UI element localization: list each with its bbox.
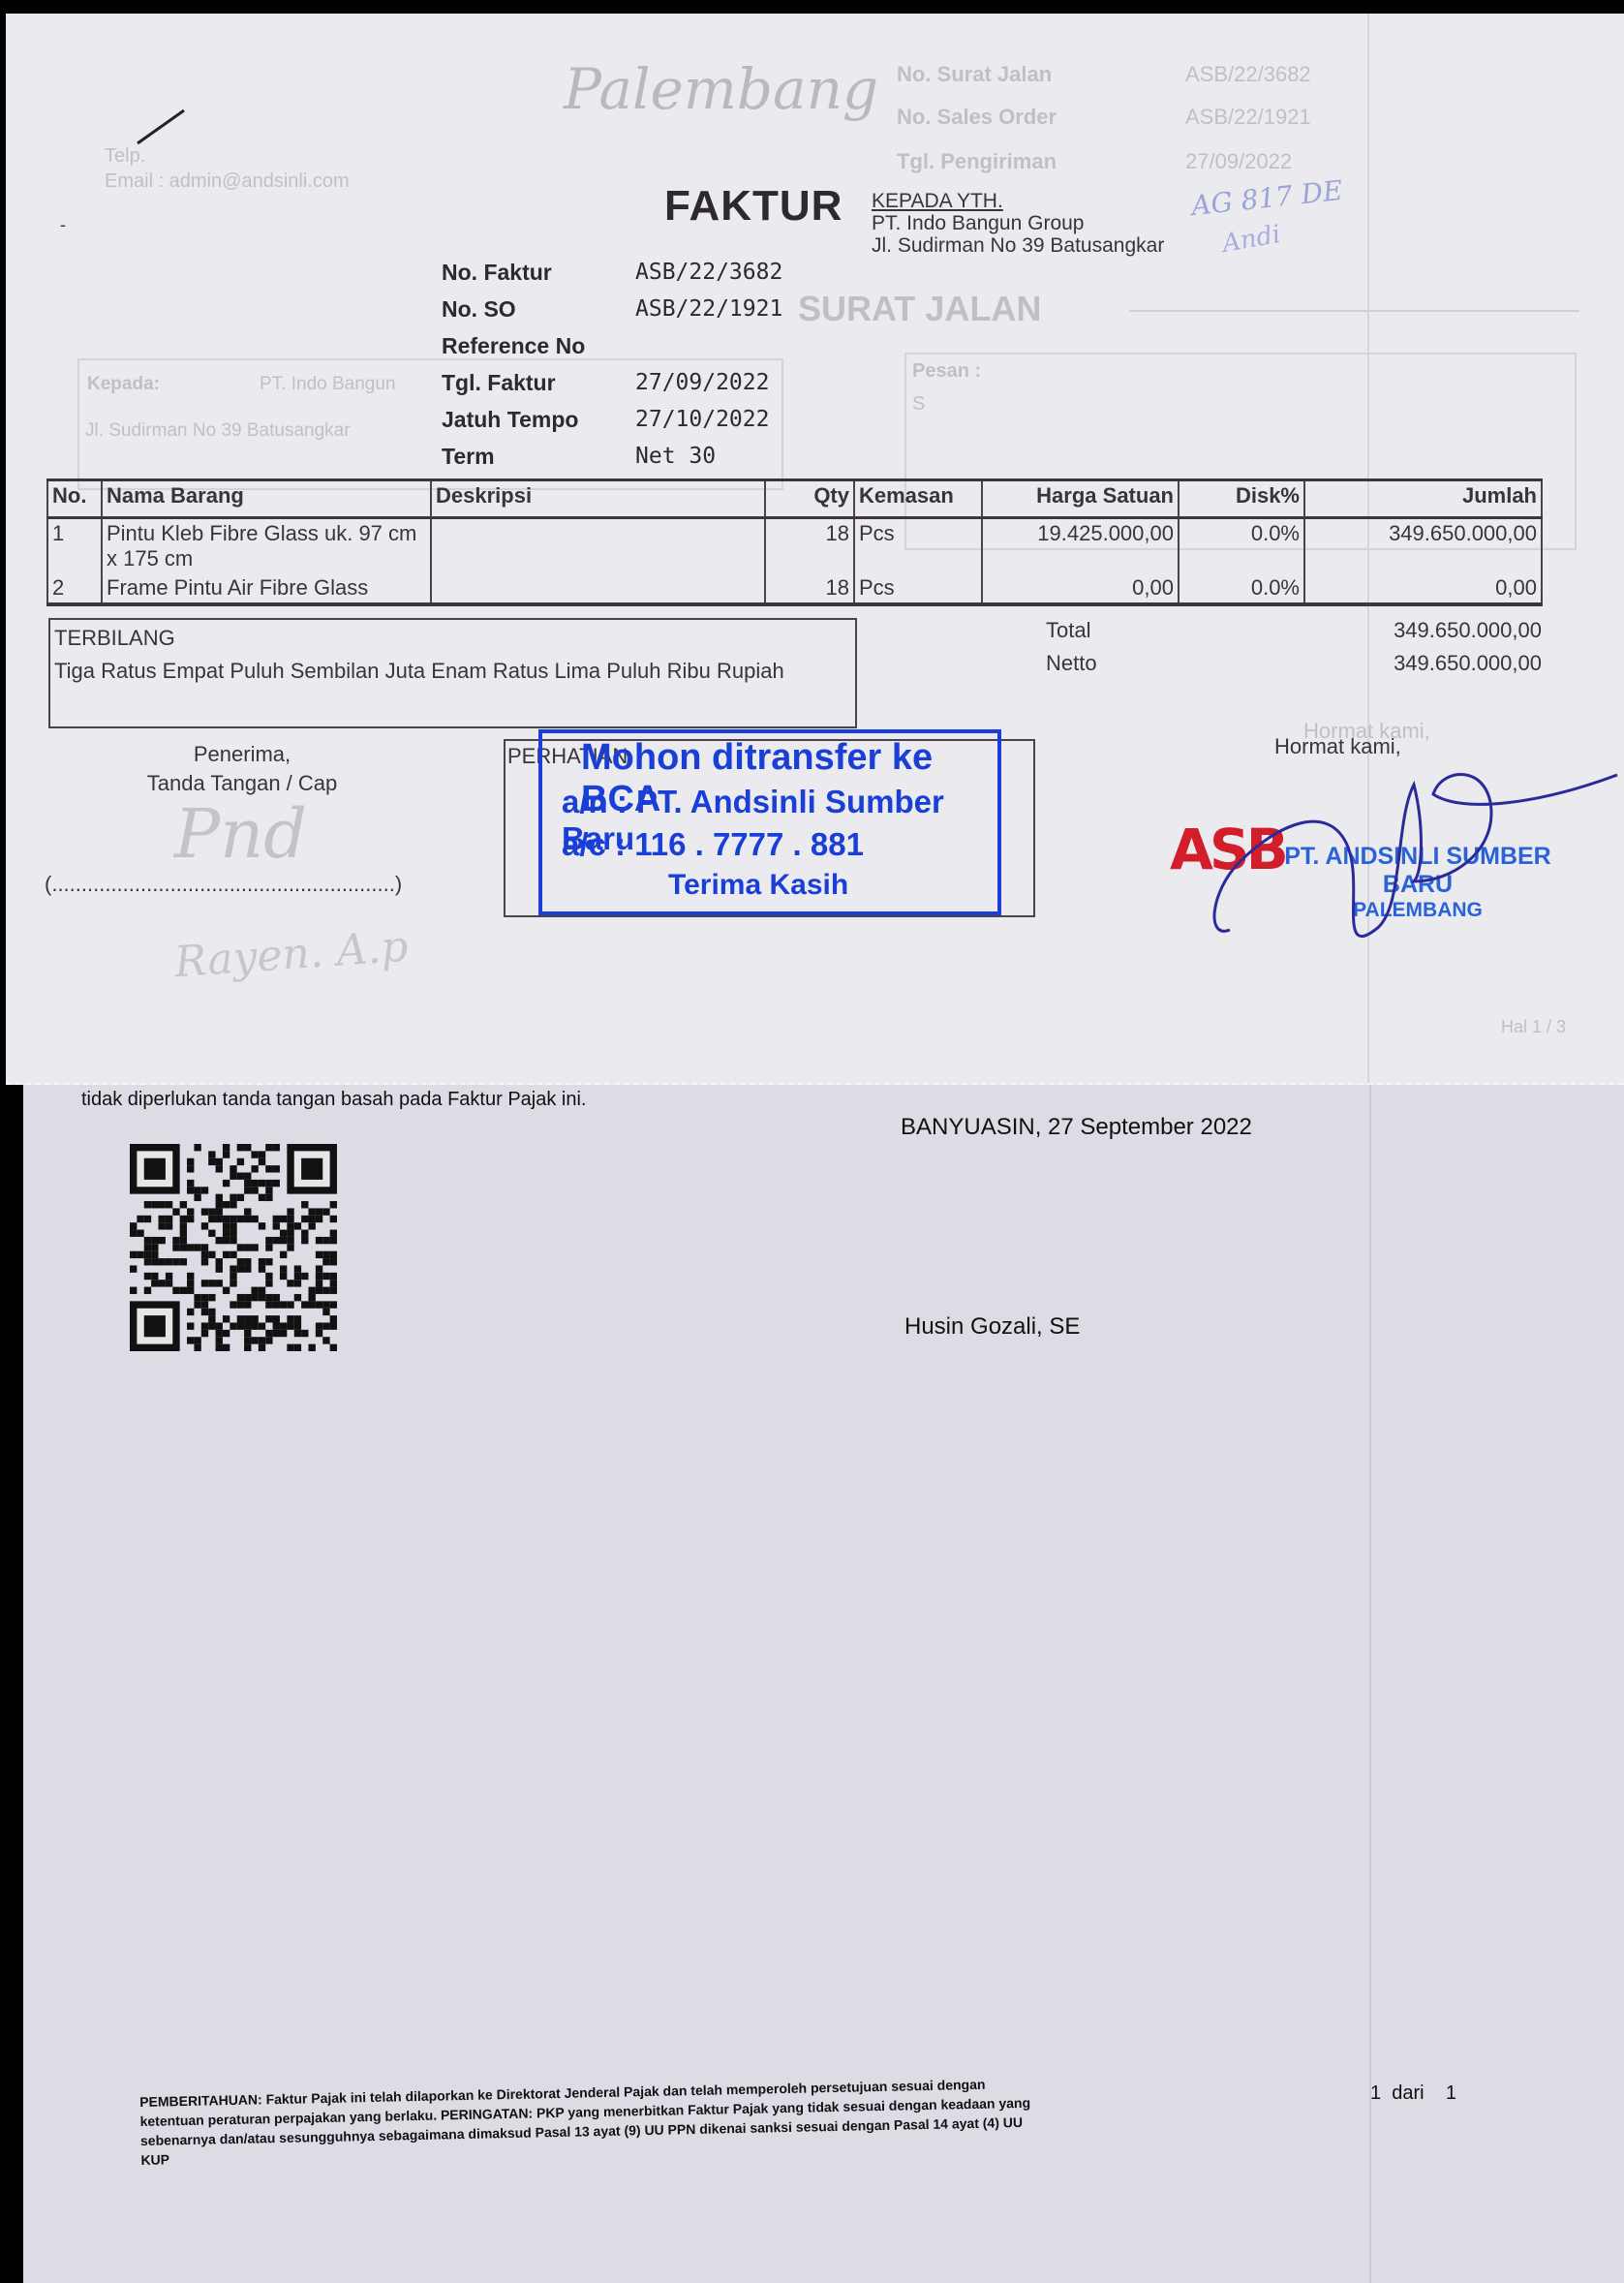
meta-row: No. SOASB/22/1921 [442,291,782,327]
recipient-address: Jl. Sudirman No 39 Batusangkar [872,234,1164,257]
pen-mark-icon [134,101,192,149]
ghost-no-sales-order-value: ASB/22/1921 [1185,105,1311,130]
meta-value: ASB/22/1921 [635,296,782,322]
cell-qty: 18 [765,573,854,604]
meta-value: 27/10/2022 [635,407,769,432]
ghost-pesan-value: S [912,393,925,416]
meta-row: Jatuh Tempo27/10/2022 [442,401,782,438]
ghost-no-sales-order-label: No. Sales Order [897,105,1057,130]
table-header-row: No. Nama Barang Deskripsi Qty Kemasan Ha… [47,480,1542,518]
cell-deskripsi [431,518,765,574]
cell-nama: Frame Pintu Air Fibre Glass [102,573,431,604]
col-nama-barang: Nama Barang [102,480,431,518]
meta-label: No. Faktur [442,260,635,286]
total-label: Total [988,618,1220,643]
ghost-surat-jalan-title: SURAT JALAN [798,289,1041,329]
handwritten-plate: AG 817 DE [1190,174,1344,222]
invoice-meta: No. FakturASB/22/3682No. SOASB/22/1921Re… [442,254,782,475]
cell-disk: 0.0% [1179,573,1304,604]
total-row: Total349.650.000,00 [988,614,1542,647]
meta-value: Net 30 [635,444,716,469]
tax-signature-note: tidak diperlukan tanda tangan basah pada… [81,1089,586,1111]
total-row: Netto349.650.000,00 [988,647,1542,680]
meta-value: 27/09/2022 [635,370,769,395]
ghost-no-surat-jalan-value: ASB/22/3682 [1185,62,1311,87]
receiver-block: Penerima, Tanda Tangan / Cap [97,740,387,798]
handwritten-andi: Andi [1220,220,1283,259]
cell-no: 2 [47,573,102,604]
col-kemasan: Kemasan [854,480,982,518]
total-label: Netto [988,651,1220,676]
ghost-tgl-pengiriman-value: 27/09/2022 [1185,149,1292,174]
ghost-email: Email : admin@andsinli.com [105,170,350,193]
ghost-kepada-label: Kepada: [87,374,160,395]
ghost-kepada-value: PT. Indo Bangun [260,374,396,395]
meta-label: Jatuh Tempo [442,407,635,433]
meta-label: Tgl. Faktur [442,370,635,396]
receiver-line1: Penerima, [97,740,387,769]
meta-label: Term [442,444,635,470]
sender-signature [1201,736,1624,959]
cell-harga: 19.425.000,00 [982,518,1179,574]
cell-kemasan: Pcs [854,573,982,604]
terbilang-text: Tiga Ratus Empat Puluh Sembilan Juta Ena… [54,657,851,686]
meta-label: Reference No [442,333,635,359]
totals: Total349.650.000,00Netto349.650.000,00 [988,614,1542,680]
recipient-name: PT. Indo Bangun Group [872,212,1164,234]
document-title: FAKTUR [664,182,843,231]
col-disk: Disk% [1179,480,1304,518]
page-indicator: 1 dari 1 [1370,2082,1456,2105]
stamp-account-number: a/c : 116 . 7777 . 881 [562,826,864,863]
items-table: No. Nama Barang Deskripsi Qty Kemasan Ha… [46,478,1543,606]
meta-row: TermNet 30 [442,438,782,475]
signer-name: Husin Gozali, SE [904,1313,1080,1341]
terbilang-label: TERBILANG [54,624,851,653]
cell-no: 1 [47,518,102,574]
col-qty: Qty [765,480,854,518]
table-row: 2Frame Pintu Air Fibre Glass18Pcs0,000.0… [47,573,1542,604]
ghost-address: Jl. Sudirman No 39 Batusangkar [85,420,351,442]
meta-label: No. SO [442,296,635,323]
col-deskripsi: Deskripsi [431,480,765,518]
cell-jumlah: 349.650.000,00 [1304,518,1542,574]
ghost-divider [1129,310,1579,312]
terbilang-box: TERBILANG Tiga Ratus Empat Puluh Sembila… [48,618,857,728]
handwritten-city: Palembang [564,56,878,122]
cell-disk: 0.0% [1179,518,1304,574]
receiver-signature: Pnd [174,794,307,874]
cell-qty: 18 [765,518,854,574]
recipient-block: KEPADA YTH. PT. Indo Bangun Group Jl. Su… [872,190,1164,257]
meta-row: Reference No [442,327,782,364]
receiver-signature-line: (.......................................… [45,872,402,897]
qr-code-icon [130,1144,337,1351]
total-value: 349.650.000,00 [1220,618,1542,643]
cell-harga: 0,00 [982,573,1179,604]
table-row: 1Pintu Kleb Fibre Glass uk. 97 cm x 175 … [47,518,1542,574]
total-value: 349.650.000,00 [1220,651,1542,676]
meta-row: Tgl. Faktur27/09/2022 [442,364,782,401]
cell-kemasan: Pcs [854,518,982,574]
cell-jumlah: 0,00 [1304,573,1542,604]
stamp-thanks: Terima Kasih [668,869,848,902]
city-date: BANYUASIN, 27 September 2022 [901,1114,1252,1141]
dash-mark: - [60,215,66,235]
ghost-tgl-pengiriman-label: Tgl. Pengiriman [897,149,1057,174]
cell-nama: Pintu Kleb Fibre Glass uk. 97 cm x 175 c… [102,518,431,574]
col-jumlah: Jumlah [1304,480,1542,518]
recipient-heading: KEPADA YTH. [872,190,1164,212]
col-harga-satuan: Harga Satuan [982,480,1179,518]
ghost-no-surat-jalan-label: No. Surat Jalan [897,62,1052,87]
signature-note-text: tidak diperlukan tanda tangan basah pada… [81,1089,586,1111]
col-no: No. [47,480,102,518]
ghost-hal: Hal 1 / 3 [1501,1017,1566,1037]
cell-deskripsi [431,573,765,604]
ghost-pesan-label: Pesan : [912,360,981,383]
bank-transfer-stamp: Mohon ditransfer ke BCA a/n : PT. Andsin… [538,729,1001,915]
meta-value: ASB/22/3682 [635,260,782,285]
meta-row: No. FakturASB/22/3682 [442,254,782,291]
